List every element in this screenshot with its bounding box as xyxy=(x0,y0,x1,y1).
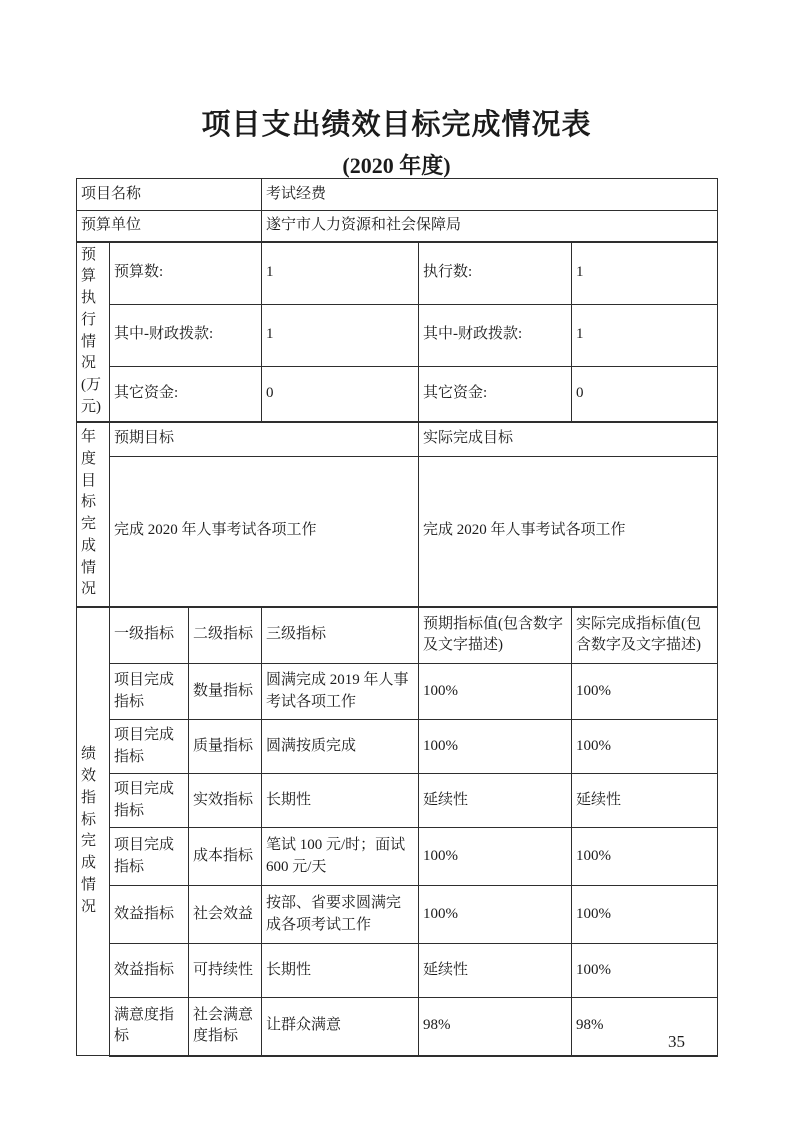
indicator-cell: 可持续性 xyxy=(189,944,262,998)
indicator-cell: 笔试 100 元/时；面试 600 元/天 xyxy=(262,828,419,886)
indicator-row-quantity: 项目完成指标 数量指标 圆满完成 2019 年人事考试各项工作 100% 100… xyxy=(77,664,718,720)
indicator-cell: 满意度指标 xyxy=(110,998,189,1056)
indicator-cell: 质量指标 xyxy=(189,720,262,774)
budget-executed-value: 1 xyxy=(572,242,718,305)
indicator-row-sustainability: 效益指标 可持续性 长期性 延续性 100% xyxy=(77,944,718,998)
indicator-cell: 98% xyxy=(572,998,718,1056)
budget-row-2: 其中-财政拨款: 1 其中-财政拨款: 1 xyxy=(77,305,718,367)
budget-planned-value: 1 xyxy=(262,242,419,305)
indicator-cell: 效益指标 xyxy=(110,944,189,998)
indicator-row-quality: 项目完成指标 质量指标 圆满按质完成 100% 100% xyxy=(77,720,718,774)
budget-planned-label: 预算数: xyxy=(110,242,262,305)
indicator-cell: 项目完成指标 xyxy=(110,774,189,828)
col-header-level2: 二级指标 xyxy=(189,607,262,664)
other-funds-label-right: 其它资金: xyxy=(419,366,572,422)
expected-goal-value: 完成 2020 年人事考试各项工作 xyxy=(110,457,419,607)
indicator-cell: 社会满意度指标 xyxy=(189,998,262,1056)
indicator-cell: 100% xyxy=(572,828,718,886)
indicator-cell: 效益指标 xyxy=(110,886,189,944)
indicator-cell: 100% xyxy=(572,886,718,944)
indicator-cell: 100% xyxy=(572,720,718,774)
indicator-cell: 成本指标 xyxy=(189,828,262,886)
budget-row-1: 预算执行情况(万元) 预算数: 1 执行数: 1 xyxy=(77,242,718,305)
indicator-row-effectiveness: 项目完成指标 实效指标 长期性 延续性 延续性 xyxy=(77,774,718,828)
indicators-header: 绩效指标完成情况 xyxy=(77,607,110,1056)
col-header-level3: 三级指标 xyxy=(262,607,419,664)
annual-goal-content-row: 完成 2020 年人事考试各项工作 完成 2020 年人事考试各项工作 xyxy=(77,457,718,607)
indicator-cell: 100% xyxy=(572,664,718,720)
indicator-cell: 项目完成指标 xyxy=(110,828,189,886)
page-number: 35 xyxy=(668,1032,685,1052)
page-subtitle: (2020 年度) xyxy=(0,149,793,180)
project-name-value: 考试经费 xyxy=(262,179,718,211)
indicator-cell: 延续性 xyxy=(572,774,718,828)
budget-unit-row: 预算单位 遂宁市人力资源和社会保障局 xyxy=(77,211,718,242)
indicator-cell: 让群众满意 xyxy=(262,998,419,1056)
actual-goal-label: 实际完成目标 xyxy=(419,422,718,457)
fiscal-allocation-label-left: 其中-财政拨款: xyxy=(110,305,262,367)
indicator-row-cost: 项目完成指标 成本指标 笔试 100 元/时；面试 600 元/天 100% 1… xyxy=(77,828,718,886)
budget-row-3: 其它资金: 0 其它资金: 0 xyxy=(77,366,718,422)
indicator-cell: 100% xyxy=(419,720,572,774)
fiscal-allocation-value-right: 1 xyxy=(572,305,718,367)
expected-goal-label: 预期目标 xyxy=(110,422,419,457)
indicator-header-row: 绩效指标完成情况 一级指标 二级指标 三级指标 预期指标值(包含数字及文字描述)… xyxy=(77,607,718,664)
actual-goal-value: 完成 2020 年人事考试各项工作 xyxy=(419,457,718,607)
indicator-row-social-benefit: 效益指标 社会效益 按部、省要求圆满完成各项考试工作 100% 100% xyxy=(77,886,718,944)
col-header-level1: 一级指标 xyxy=(110,607,189,664)
indicator-cell: 100% xyxy=(419,886,572,944)
indicator-cell: 项目完成指标 xyxy=(110,720,189,774)
col-header-expected: 预期指标值(包含数字及文字描述) xyxy=(419,607,572,664)
fiscal-allocation-label-right: 其中-财政拨款: xyxy=(419,305,572,367)
performance-table: 项目名称 考试经费 预算单位 遂宁市人力资源和社会保障局 预算执行情况(万元) … xyxy=(76,178,718,1057)
indicator-cell: 100% xyxy=(572,944,718,998)
annual-goal-header: 年度目标完成情况 xyxy=(77,422,110,607)
indicator-cell: 长期性 xyxy=(262,944,419,998)
indicator-cell: 圆满完成 2019 年人事考试各项工作 xyxy=(262,664,419,720)
indicator-cell: 社会效益 xyxy=(189,886,262,944)
indicator-cell: 延续性 xyxy=(419,944,572,998)
indicator-cell: 按部、省要求圆满完成各项考试工作 xyxy=(262,886,419,944)
indicator-cell: 长期性 xyxy=(262,774,419,828)
indicator-cell: 98% xyxy=(419,998,572,1056)
indicator-cell: 100% xyxy=(419,828,572,886)
fiscal-allocation-value-left: 1 xyxy=(262,305,419,367)
indicator-row-satisfaction: 满意度指标 社会满意度指标 让群众满意 98% 98% xyxy=(77,998,718,1056)
budget-unit-value: 遂宁市人力资源和社会保障局 xyxy=(262,211,718,242)
budget-executed-label: 执行数: xyxy=(419,242,572,305)
indicator-cell: 延续性 xyxy=(419,774,572,828)
project-name-label: 项目名称 xyxy=(77,179,262,211)
page-title: 项目支出绩效目标完成情况表 xyxy=(0,102,793,143)
other-funds-value-left: 0 xyxy=(262,366,419,422)
indicator-cell: 圆满按质完成 xyxy=(262,720,419,774)
indicator-cell: 100% xyxy=(419,664,572,720)
indicator-cell: 实效指标 xyxy=(189,774,262,828)
col-header-actual: 实际完成指标值(包含数字及文字描述) xyxy=(572,607,718,664)
budget-unit-label: 预算单位 xyxy=(77,211,262,242)
other-funds-value-right: 0 xyxy=(572,366,718,422)
project-name-row: 项目名称 考试经费 xyxy=(77,179,718,211)
other-funds-label-left: 其它资金: xyxy=(110,366,262,422)
annual-goal-header-row: 年度目标完成情况 预期目标 实际完成目标 xyxy=(77,422,718,457)
indicator-cell: 数量指标 xyxy=(189,664,262,720)
budget-execution-header: 预算执行情况(万元) xyxy=(77,242,110,422)
indicator-cell: 项目完成指标 xyxy=(110,664,189,720)
